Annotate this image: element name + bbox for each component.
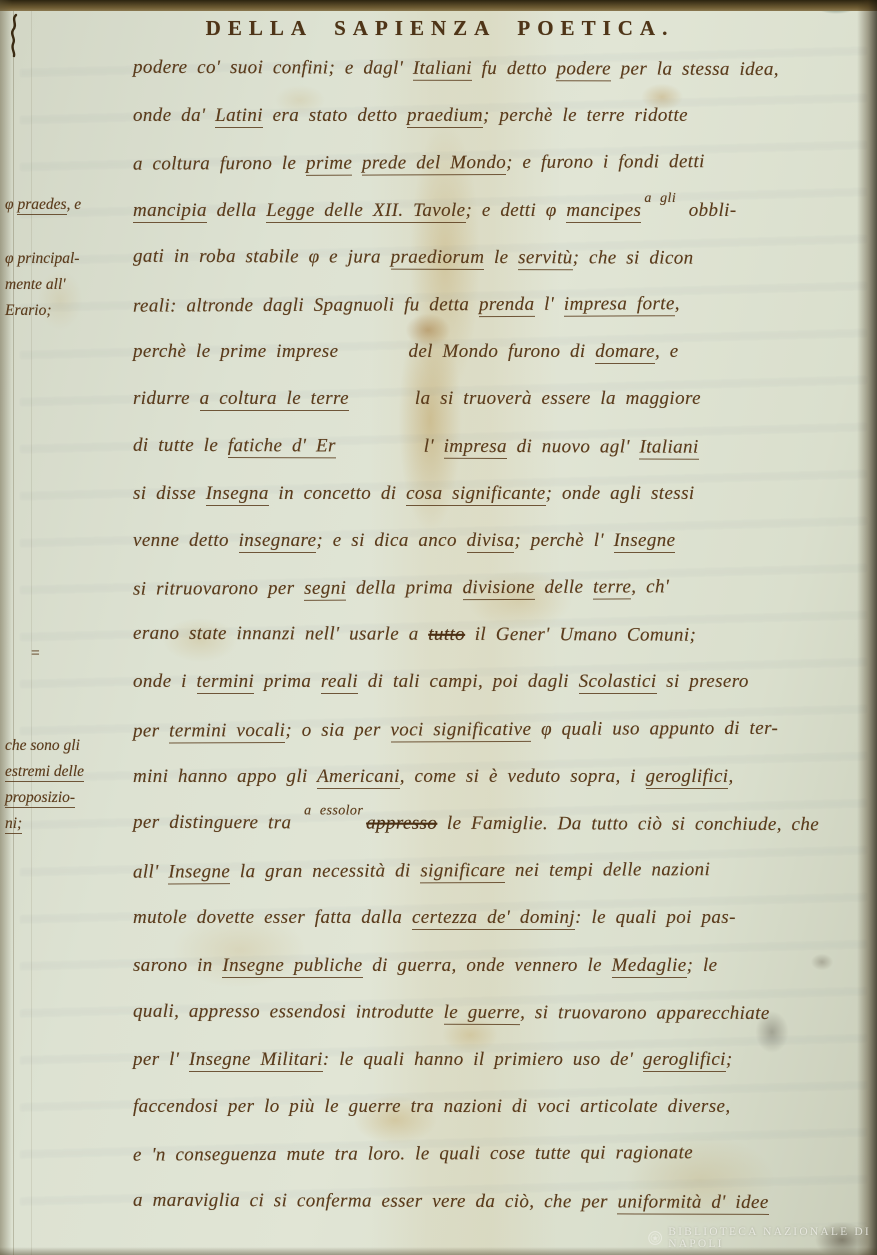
underlined-word: prede del Mondo xyxy=(362,152,506,176)
margin-note: che sono gliestremi delleproposizio-ni; xyxy=(5,733,131,837)
margin-note-line: φ principal- xyxy=(5,246,131,272)
text-run: le Famiglie. Da tutto ciò si conchiude, … xyxy=(437,813,819,835)
underlined-word: mancipia xyxy=(133,200,207,223)
underlined-word: Americani xyxy=(317,766,400,789)
underlined-word: praedes xyxy=(17,196,66,215)
margin-note-line: Erario; xyxy=(5,298,131,324)
text-run: onde da' xyxy=(133,105,215,126)
underlined-word: fatiche d' Er xyxy=(228,435,336,458)
ink-mark xyxy=(7,12,23,58)
text-run: della xyxy=(207,200,266,221)
underlined-word: Insegna xyxy=(206,483,269,506)
underlined-word: praedium xyxy=(407,105,483,128)
margin-note-line: = xyxy=(30,641,156,667)
underlined-word: Italiani xyxy=(413,58,472,81)
underlined-word: servitù xyxy=(518,247,573,270)
underlined-word: geroglifici xyxy=(646,766,729,789)
library-watermark-label: Biblioteca Nazionale di Napoli xyxy=(668,1226,877,1250)
text-run: podere co' suoi confini; e dagl' xyxy=(133,57,413,79)
text-run: mutole dovette esser fatta dalla xyxy=(133,907,412,928)
text-run: del Mondo furono di xyxy=(408,341,595,362)
text-run: reali: altronde dagli Spagnuoli fu detta xyxy=(133,294,479,317)
interlinear-insertion: a gli xyxy=(644,191,676,207)
underlined-word: termini vocali xyxy=(169,720,285,744)
underlined-word: ni; xyxy=(5,815,22,834)
text-run: faccendosi per lo più le guerre tra nazi… xyxy=(133,1096,731,1117)
text-run: mente all' xyxy=(5,276,66,293)
underlined-word: insegnare xyxy=(239,530,317,553)
text-run: ; xyxy=(726,1049,733,1070)
manuscript-line: quali, appresso essendosi introdutte le … xyxy=(133,1000,867,1050)
text-run: di nuovo agl' xyxy=(507,436,640,457)
text-run: , si truovarono apparecchiate xyxy=(520,1002,770,1024)
margin-note: = xyxy=(30,641,156,667)
text-run: le xyxy=(484,247,518,268)
manuscript-line: venne detto insegnare; e si dica anco di… xyxy=(133,530,867,577)
text-run: per xyxy=(133,720,169,741)
text-run: mini hanno appo gli xyxy=(133,766,317,787)
text-run: prima xyxy=(254,671,321,692)
manuscript-line: all' Insegne la gran necessità di signif… xyxy=(133,859,867,909)
text-run: in concetto di xyxy=(269,483,406,504)
text-run: φ principal- xyxy=(5,250,79,267)
underlined-word: Insegne Militari xyxy=(189,1049,323,1072)
manuscript-line: perchè le prime imprese del Mondo furono… xyxy=(133,341,867,388)
library-seal-icon xyxy=(648,1229,662,1247)
manuscript-line: faccendosi per lo più le guerre tra nazi… xyxy=(133,1096,867,1143)
manuscript-line: sarono in Insegne publiche di guerra, on… xyxy=(133,955,867,1002)
margin-note-line: mente all' xyxy=(5,272,131,298)
underlined-word: impresa xyxy=(444,435,507,458)
text-run: e 'n conseguenza mute tra loro. le quali… xyxy=(133,1142,693,1165)
text-run: = xyxy=(30,645,40,662)
struck-word: tutto xyxy=(428,624,465,645)
manuscript-line: mancipia della Legge delle XII. Tavole; … xyxy=(133,200,867,247)
underlined-word: proposizio- xyxy=(5,789,75,808)
text-run: ; e furono i fondi detti xyxy=(506,151,705,173)
text-run: l' xyxy=(424,435,444,456)
manuscript-line: mutole dovette esser fatta dalla certezz… xyxy=(133,907,867,954)
text-run: gati in roba stabile φ e jura xyxy=(133,245,391,267)
text-run: , ch' xyxy=(631,576,669,597)
underlined-word: domare xyxy=(595,341,655,364)
text-run: venne detto xyxy=(133,530,239,551)
text-run: ; onde agli stessi xyxy=(546,483,695,504)
manuscript-line: e 'n conseguenza mute tra loro. le quali… xyxy=(133,1142,867,1192)
text-run: della prima xyxy=(346,577,462,599)
text-run: ; o sia per xyxy=(285,719,390,740)
text-run: delle xyxy=(535,577,593,598)
text-run: per distinguere tra xyxy=(133,812,301,834)
underlined-word: Insegne xyxy=(168,861,230,884)
underlined-word: voci significative xyxy=(390,718,531,742)
text-run: ; perchè le terre ridotte xyxy=(483,105,688,126)
text-run: , xyxy=(728,766,733,787)
manuscript-line: si disse Insegna in concetto di cosa sig… xyxy=(133,483,867,530)
text-run: quali, appresso essendosi introdutte xyxy=(133,1000,444,1022)
page-top-edge xyxy=(0,0,877,11)
text-run: per l' xyxy=(133,1049,189,1070)
underlined-word: le guerre xyxy=(444,1002,521,1025)
underlined-word: geroglifici xyxy=(643,1049,726,1072)
text-run: obbli- xyxy=(679,200,736,221)
margin-note-line: ni; xyxy=(5,811,131,837)
underlined-word: Insegne publiche xyxy=(222,955,362,978)
underlined-word: Scolastici xyxy=(579,671,657,694)
margin-note-line: che sono gli xyxy=(5,733,131,759)
margin-note-line: estremi delle xyxy=(5,759,131,785)
manuscript-line: si ritruovarono per segni della prima di… xyxy=(133,575,867,625)
text-run: di tali campi, poi dagli xyxy=(358,671,579,692)
manuscript-line: a coltura furono le prime prede del Mond… xyxy=(133,151,867,201)
interlinear-insertion: a essolor xyxy=(304,803,363,819)
underlined-word: estremi delle xyxy=(5,763,84,782)
manuscript-line: reali: altronde dagli Spagnuoli fu detta… xyxy=(133,292,867,342)
manuscript-line: onde da' Latini era stato detto praedium… xyxy=(133,105,867,152)
manuscript-line: erano state innanzi nell' usarle a tutto… xyxy=(133,623,867,673)
text-run: onde i xyxy=(133,671,197,692)
text-run: erano state innanzi nell' usarle a xyxy=(133,623,428,645)
text-run xyxy=(352,153,362,174)
text-run: φ quali uso appunto di ter- xyxy=(531,717,778,739)
underlined-word: a coltura le terre xyxy=(200,388,349,411)
underlined-word: Italiani xyxy=(639,436,698,459)
text-run: , e xyxy=(67,196,82,213)
text-run: ridurre xyxy=(133,388,200,409)
underlined-word: podere xyxy=(556,58,611,81)
text-run: , xyxy=(675,293,680,314)
underlined-word: uniformità d' idee xyxy=(617,1191,768,1215)
underlined-word: Insegne xyxy=(614,530,676,553)
text-run: l' xyxy=(534,294,564,315)
text-run: , e xyxy=(655,341,679,362)
text-run: il Gener' Umano Comuni; xyxy=(465,624,696,646)
underlined-word: segni xyxy=(304,578,346,601)
page-left-edge xyxy=(0,0,12,1255)
manuscript-line: per l' Insegne Militari: le quali hanno … xyxy=(133,1049,867,1096)
underlined-word: certezza de' dominj xyxy=(412,907,575,930)
text-run: di guerra, onde vennero le xyxy=(363,955,612,976)
manuscript-line: onde i termini prima reali di tali campi… xyxy=(133,671,867,718)
text-run: ; che si dicon xyxy=(573,247,694,268)
margin-note-line: proposizio- xyxy=(5,785,131,811)
underlined-word: Legge delle XII. Tavole xyxy=(266,200,465,223)
underlined-word: mancipes xyxy=(566,200,641,223)
text-run: a maraviglia ci si conferma esser vere d… xyxy=(133,1189,618,1212)
text-run: si presero xyxy=(657,671,749,692)
underlined-word: significare xyxy=(420,860,505,883)
text-run: la gran necessità di xyxy=(230,861,420,883)
text-run: φ xyxy=(5,196,17,213)
text-run: ; le xyxy=(687,955,718,976)
text-run: che sono gli xyxy=(5,737,80,754)
text-run: si ritruovarono per xyxy=(133,578,304,600)
text-run: all' xyxy=(133,862,168,883)
text-run: era stato detto xyxy=(263,105,407,126)
margin-note-line: φ praedes, e xyxy=(5,192,131,218)
underlined-word: reali xyxy=(321,671,358,694)
text-run: Erario; xyxy=(5,302,52,319)
text-run: per la stessa idea, xyxy=(611,58,779,80)
text-run: : le quali poi pas- xyxy=(575,907,736,928)
underlined-word: divisione xyxy=(463,577,535,600)
margin-note: φ praedes, e xyxy=(5,192,131,218)
underlined-word: prenda xyxy=(479,294,535,317)
text-run: ; perchè l' xyxy=(514,530,613,551)
manuscript-line: per distinguere tra a essolorappresso le… xyxy=(133,812,867,862)
manuscript-line: ridurre a coltura le terre la si truover… xyxy=(133,388,867,435)
margin-note: φ principal-mente all'Erario; xyxy=(5,246,131,324)
manuscript-line: di tutte le fatiche d' Er l' impresa di … xyxy=(133,434,867,484)
text-run: ; e detti φ xyxy=(466,200,567,221)
underlined-word: termini xyxy=(197,671,255,694)
page-title: DELLA SAPIENZA POETICA. xyxy=(110,16,770,41)
text-run: nei tempi delle nazioni xyxy=(505,859,710,881)
manuscript-line: gati in roba stabile φ e jura praediorum… xyxy=(133,245,867,295)
underlined-word: divisa xyxy=(467,530,515,553)
manuscript-line: per termini vocali; o sia per voci signi… xyxy=(133,717,867,767)
text-run: la si truoverà essere la maggiore xyxy=(415,388,701,409)
library-watermark: Biblioteca Nazionale di Napoli xyxy=(648,1226,877,1250)
text-run: si disse xyxy=(133,483,206,504)
underlined-word: cosa significante xyxy=(406,483,546,506)
text-run: di tutte le xyxy=(133,434,228,455)
underlined-word: Latini xyxy=(215,105,263,128)
struck-word: appresso xyxy=(366,813,437,834)
manuscript-line: mini hanno appo gli Americani, come si è… xyxy=(133,766,867,813)
underlined-word: prime xyxy=(306,153,352,176)
text-run: , come si è veduto sopra, i xyxy=(400,766,646,787)
text-run: ; e si dica anco xyxy=(316,530,466,551)
underlined-word: Medaglie xyxy=(612,955,687,978)
manuscript-line: podere co' suoi confini; e dagl' Italian… xyxy=(133,57,867,107)
text-run: fu detto xyxy=(472,58,557,79)
text-run: sarono in xyxy=(133,955,222,976)
manuscript-page: DELLA SAPIENZA POETICA. podere co' suoi … xyxy=(0,0,877,1255)
underlined-word: terre xyxy=(593,576,631,599)
underlined-word: praediorum xyxy=(391,246,485,269)
text-run: a coltura furono le xyxy=(133,153,306,175)
text-run: : le quali hanno il primiero uso de' xyxy=(323,1049,643,1070)
underlined-word: impresa forte xyxy=(564,293,675,316)
text-run: perchè le prime imprese xyxy=(133,341,338,362)
text-block: podere co' suoi confini; e dagl' Italian… xyxy=(133,58,867,1248)
